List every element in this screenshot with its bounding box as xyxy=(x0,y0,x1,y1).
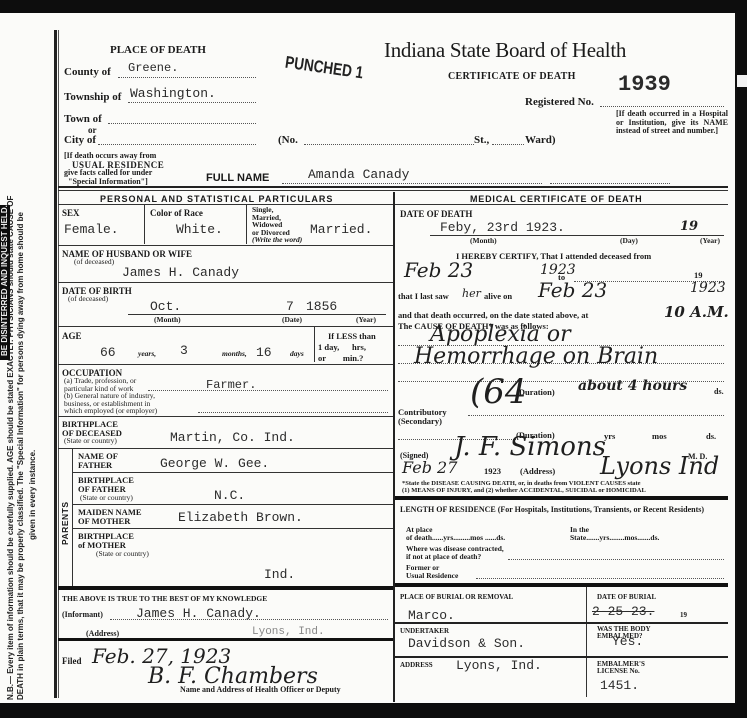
dob-day: 7 xyxy=(286,299,294,314)
scan-border-right xyxy=(737,13,747,703)
township-field: Washington. xyxy=(128,89,256,103)
embalmed-value: Yes. xyxy=(612,634,643,649)
father-value: George W. Gee. xyxy=(160,456,269,471)
divider xyxy=(58,245,393,246)
dob-month-label: (Month) xyxy=(154,316,181,324)
former-residence-label: Former or Usual Residence xyxy=(406,564,458,579)
occupation-b-label: (b) General nature of industry, business… xyxy=(64,392,157,415)
sex-value: Female. xyxy=(64,222,119,237)
divider xyxy=(58,326,393,327)
township-label: Township of xyxy=(64,91,121,103)
margin-note-4: BE DISINTERRED AND INQUEST HELD. xyxy=(0,205,10,360)
occupation-value: Farmer. xyxy=(206,378,256,392)
full-name-value: Amanda Canady xyxy=(308,167,409,182)
spouse-sub-label: (of deceased) xyxy=(74,258,114,266)
duration-value: about 4 hours xyxy=(578,378,687,394)
hospital-note: [If death occurred in a Hospital or Inst… xyxy=(616,110,728,136)
divider xyxy=(395,622,728,624)
at-place-label: At place of death......yrs.........mos .… xyxy=(406,526,505,541)
ds-label: ds. xyxy=(706,431,716,441)
physician-signature: J. F. Simons xyxy=(454,432,606,462)
date-of-death-year-prefix: 19 xyxy=(680,219,698,234)
age-months-label: months, xyxy=(222,350,247,358)
dob-year-label: (Year) xyxy=(356,316,376,324)
undertaker-value: Davidson & Son. xyxy=(408,636,525,651)
street-no-label: (No. xyxy=(278,134,298,146)
divider xyxy=(58,204,393,205)
undertaker-address-value: Lyons, Ind. xyxy=(456,658,542,673)
burial-date-value: 2-25-23. xyxy=(592,604,654,619)
away-note: [If death occurs away from USUAL RESIDEN… xyxy=(64,152,184,186)
last-saw-year: 1923 xyxy=(690,280,726,296)
father-label: NAME OF FATHER xyxy=(78,452,118,469)
contracted-field xyxy=(508,558,724,560)
birthplace-value: Martin, Co. Ind. xyxy=(170,430,295,445)
father-birthplace-sub: (State or country) xyxy=(80,494,133,502)
mother-value: Elizabeth Brown. xyxy=(178,510,303,525)
in-state-label: In the State.......yrs........mos.......… xyxy=(570,526,659,541)
certify-text: I HEREBY CERTIFY, That I attended deceas… xyxy=(456,251,651,261)
death-time: 10 A.M. xyxy=(664,303,729,321)
mother-birthplace-label: BIRTHPLACE of MOTHER xyxy=(78,532,134,549)
last-saw-label: that I last saw xyxy=(398,291,449,301)
cause-line-2: Hemorrhage on Brain xyxy=(414,344,658,369)
registered-no-label: Registered No. xyxy=(525,96,594,108)
certificate-number: 1939 xyxy=(618,72,671,97)
divider xyxy=(72,504,393,505)
county-label: County of xyxy=(64,66,111,78)
less-than-note: If LESS than 1 day, hrs, or min.? xyxy=(318,331,376,364)
former-residence-field xyxy=(476,577,724,579)
physician-address-label: (Address) xyxy=(520,466,555,476)
section-divider xyxy=(395,496,728,500)
divider xyxy=(72,528,393,529)
mother-label: MAIDEN NAME OF MOTHER xyxy=(78,508,142,525)
spouse-value: James H. Canady xyxy=(122,265,239,280)
mos-label: mos xyxy=(652,431,667,441)
license-value: 1451. xyxy=(600,678,639,693)
divider xyxy=(58,186,728,188)
place-of-death-heading: PLACE OF DEATH xyxy=(110,44,206,56)
scan-gap xyxy=(737,75,747,87)
section-divider xyxy=(58,586,393,590)
date-of-death-value: Feby, 23rd 1923. xyxy=(440,220,565,235)
full-name-label: FULL NAME xyxy=(206,172,269,184)
certificate-heading: CERTIFICATE OF DEATH xyxy=(448,71,576,82)
divider xyxy=(58,364,393,365)
age-years: 66 xyxy=(100,345,116,360)
dob-sub-label: (of deceased) xyxy=(68,295,108,303)
parents-label: PARENTS xyxy=(60,502,70,546)
divider xyxy=(246,204,247,244)
registered-no-field xyxy=(600,95,724,107)
informant-value: James H. Canady. xyxy=(136,606,261,621)
dob-day-label: (Date) xyxy=(282,316,302,324)
last-saw-date: Feb 23 xyxy=(538,278,607,302)
divider xyxy=(395,656,728,658)
burial-date-year: 19 xyxy=(680,610,687,620)
street-label: St., xyxy=(474,134,489,146)
divider xyxy=(58,448,393,449)
personal-heading: PERSONAL AND STATISTICAL PARTICULARS xyxy=(100,194,333,204)
father-birthplace-value: N.C. xyxy=(214,488,245,503)
divider xyxy=(314,326,315,362)
burial-divider xyxy=(586,587,587,697)
attended-from-date: Feb 23 xyxy=(404,258,473,282)
health-officer-label: Name and Address of Health Officer or De… xyxy=(180,685,341,695)
age-years-label: years, xyxy=(138,350,156,358)
city-field xyxy=(98,133,256,145)
day-label: (Day) xyxy=(620,237,638,245)
margin-note-2: DEATH in plain terms, that it may be pro… xyxy=(16,212,26,700)
full-name-field: Amanda Canady xyxy=(282,168,542,184)
divider xyxy=(395,204,728,205)
informant-address-value: Lyons, Ind. xyxy=(252,626,325,638)
divider xyxy=(58,190,728,191)
sex-label: SEX xyxy=(62,208,80,218)
physician-address: Lyons Ind xyxy=(600,452,719,480)
filed-label: Filed xyxy=(62,656,82,666)
residence-label: LENGTH OF RESIDENCE (For Hospitals, Inst… xyxy=(400,506,726,515)
signed-date: Feb 27 xyxy=(402,458,457,477)
burial-place-value: Marco. xyxy=(408,608,455,623)
ward-field xyxy=(492,133,524,145)
undertaker-label: UNDERTAKER xyxy=(400,626,449,636)
birthplace-sub: (State or country) xyxy=(64,437,117,445)
death-occurred-text: and that death occurred, on the date sta… xyxy=(398,310,588,320)
race-value: White. xyxy=(176,222,223,237)
divider xyxy=(58,416,393,417)
occupation-a-label: (a) Trade, profession, or particular kin… xyxy=(64,377,136,392)
section-divider xyxy=(395,583,728,587)
age-days-label: days xyxy=(290,350,304,358)
age-label: AGE xyxy=(62,331,82,341)
town-field xyxy=(108,112,256,124)
burial-date-label: DATE OF BURIAL xyxy=(597,592,656,602)
divider xyxy=(144,204,145,244)
age-days: 16 xyxy=(256,345,272,360)
undertaker-address-label: ADDRESS xyxy=(400,660,433,670)
ward-label: Ward) xyxy=(525,134,556,146)
signed-year: 1923 xyxy=(484,466,501,476)
marital-value: Married. xyxy=(310,222,372,237)
city-label: City of xyxy=(64,134,96,146)
occupation-field xyxy=(148,381,388,391)
divider xyxy=(58,282,393,283)
parents-divider xyxy=(72,448,73,586)
scan-border-bottom xyxy=(0,703,747,718)
dob-year: 1856 xyxy=(306,299,337,314)
divider xyxy=(72,472,393,473)
column-divider xyxy=(393,192,395,702)
margin-note-3: given in every instance. xyxy=(28,450,38,540)
date-of-death-label: DATE OF DEATH xyxy=(400,209,472,219)
pronoun-value: her xyxy=(462,287,481,300)
town-label: Town of xyxy=(64,113,102,125)
street-field xyxy=(304,133,474,145)
contributory-line xyxy=(468,414,724,416)
county-field: Greene. xyxy=(118,64,256,78)
board-title: Indiana State Board of Health xyxy=(384,38,626,63)
medical-heading: MEDICAL CERTIFICATE OF DEATH xyxy=(470,194,642,204)
mother-birthplace-sub: (State or country) xyxy=(96,550,149,558)
duration-label: (Duration) xyxy=(516,387,555,397)
attended-to-year: 19 xyxy=(694,270,703,280)
full-name-field-2 xyxy=(550,168,670,184)
age-months: 3 xyxy=(180,343,188,358)
year-label: (Year) xyxy=(700,237,720,245)
race-label: Color of Race xyxy=(150,208,203,218)
dob-month: Oct. xyxy=(150,299,181,314)
township-value: Washington. xyxy=(130,86,216,101)
marital-label: Single, Married, Widowed or Divorced (Wr… xyxy=(252,206,302,244)
alive-on-label: alive on xyxy=(484,291,512,301)
section-divider xyxy=(58,638,393,641)
duration-ds-label: ds. xyxy=(714,387,724,397)
footnote: *State the DISEASE CAUSING DEATH, or, in… xyxy=(402,480,646,494)
employer-field xyxy=(198,405,388,413)
burial-place-label: PLACE OF BURIAL OR REMOVAL xyxy=(400,592,513,602)
contributory-label: Contributory (Secondary) xyxy=(398,408,447,425)
county-value: Greene. xyxy=(128,61,178,75)
father-birthplace-label: BIRTHPLACE OF FATHER xyxy=(78,476,134,493)
month-label: (Month) xyxy=(470,237,497,245)
birthplace-label: BIRTHPLACE OF DECEASED xyxy=(62,420,122,437)
informant-label: (Informant) xyxy=(62,610,103,620)
mother-birthplace-value: Ind. xyxy=(264,567,295,582)
license-label: EMBALMER'S LICENSE No. xyxy=(597,661,645,675)
informant-heading: THE ABOVE IS TRUE TO THE BEST OF MY KNOW… xyxy=(62,594,267,604)
left-border xyxy=(54,30,57,698)
contracted-label: Where was disease contracted, if not at … xyxy=(406,545,504,560)
scan-border-top xyxy=(0,0,747,13)
